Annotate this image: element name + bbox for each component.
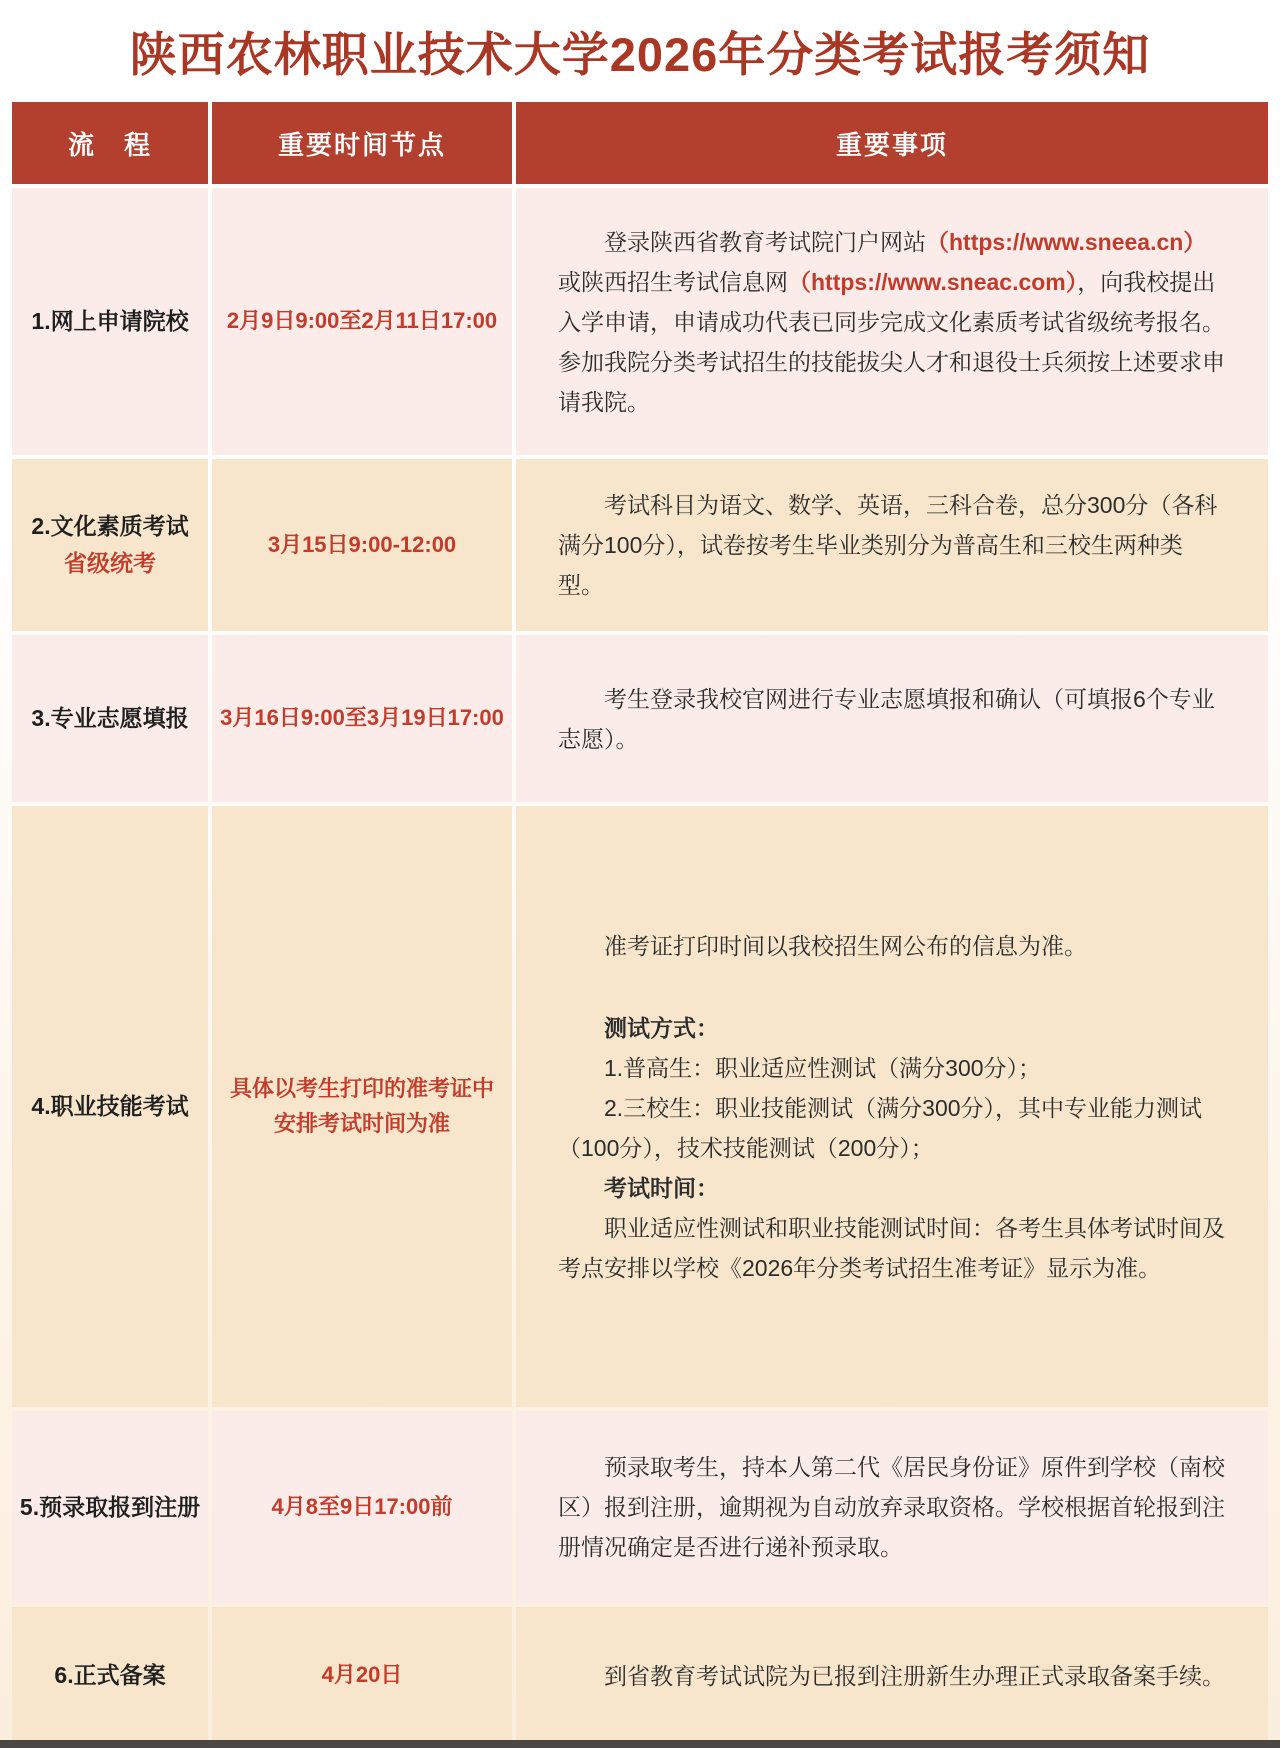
- cell-details-5: 预录取考生，持本人第二代《居民身份证》原件到学校（南校区）报到注册，逾期视为自动…: [516, 1411, 1268, 1603]
- cell-time-5: 4月8至9日17:00前: [212, 1411, 512, 1603]
- process-label: 4.职业技能考试: [31, 1088, 188, 1125]
- cell-details-2: 考试科目为语文、数学、英语，三科合卷，总分300分（各科满分100分），试卷按考…: [516, 459, 1268, 631]
- cell-process-1: 1.网上申请院校: [12, 188, 208, 455]
- table-header-row: 流 程 重要时间节点 重要事项: [12, 102, 1268, 184]
- detail-text: 登录陕西省教育考试院门户网站: [604, 229, 926, 255]
- detail-paragraph: 准考证打印时间以我校招生网公布的信息为准。: [558, 926, 1226, 966]
- cell-time-1: 2月9日9:00至2月11日17:00: [212, 188, 512, 455]
- cell-process-6: 6.正式备案: [12, 1607, 208, 1744]
- cell-time-2: 3月15日9:00-12:00: [212, 459, 512, 631]
- cell-details-6: 到省教育考试试院为已报到注册新生办理正式录取备案手续。: [516, 1607, 1268, 1744]
- bottom-edge-bar: [0, 1740, 1280, 1748]
- url-sneac: （https://www.sneac.com）: [788, 269, 1077, 295]
- time-label: 3月16日9:00至3月19日17:00: [220, 701, 504, 735]
- detail-text: 或陕西招生考试信息网: [558, 269, 788, 295]
- page-title: 陕西农林职业技术大学2026年分类考试报考须知: [0, 0, 1280, 102]
- detail-item-2: 2.三校生：职业技能测试（满分300分），其中专业能力测试（100分），技术技能…: [558, 1088, 1226, 1168]
- cell-details-3: 考生登录我校官网进行专业志愿填报和确认（可填报6个专业志愿）。: [516, 635, 1268, 802]
- time-note-line1: 具体以考生打印的准考证中: [230, 1072, 494, 1106]
- table-row-4: 4.职业技能考试 具体以考生打印的准考证中 安排考试时间为准 准考证打印时间以我…: [12, 806, 1268, 1407]
- cell-details-4: 准考证打印时间以我校招生网公布的信息为准。 测试方式： 1.普高生：职业适应性测…: [516, 806, 1268, 1407]
- cell-process-3: 3.专业志愿填报: [12, 635, 208, 802]
- cell-process-2: 2.文化素质考试 省级统考: [12, 459, 208, 631]
- detail-label-test-method: 测试方式：: [558, 1008, 1226, 1048]
- cell-time-6: 4月20日: [212, 1607, 512, 1744]
- process-label: 2.文化素质考试: [31, 508, 188, 545]
- process-sub-label: 省级统考: [64, 545, 156, 582]
- table-row-3: 3.专业志愿填报 3月16日9:00至3月19日17:00 考生登录我校官网进行…: [12, 635, 1268, 802]
- time-label: 2月9日9:00至2月11日17:00: [227, 304, 497, 338]
- detail-paragraph: 职业适应性测试和职业技能测试时间：各考生具体考试时间及考点安排以学校《2026年…: [558, 1208, 1226, 1288]
- detail-label-exam-time: 考试时间：: [558, 1168, 1226, 1208]
- process-label: 5.预录取报到注册: [20, 1489, 200, 1526]
- table-row-6: 6.正式备案 4月20日 到省教育考试试院为已报到注册新生办理正式录取备案手续。: [12, 1607, 1268, 1744]
- detail-paragraph: 预录取考生，持本人第二代《居民身份证》原件到学校（南校区）报到注册，逾期视为自动…: [558, 1447, 1226, 1567]
- notice-table: 流 程 重要时间节点 重要事项 1.网上申请院校 2月9日9:00至2月11日1…: [12, 102, 1268, 1744]
- detail-paragraph: 登录陕西省教育考试院门户网站（https://www.sneea.cn）或陕西招…: [558, 222, 1226, 422]
- cell-time-3: 3月16日9:00至3月19日17:00: [212, 635, 512, 802]
- process-label: 6.正式备案: [54, 1657, 165, 1694]
- table-row-1: 1.网上申请院校 2月9日9:00至2月11日17:00 登录陕西省教育考试院门…: [12, 188, 1268, 455]
- time-label: 3月15日9:00-12:00: [268, 528, 456, 562]
- process-label: 1.网上申请院校: [31, 303, 188, 340]
- cell-process-4: 4.职业技能考试: [12, 806, 208, 1407]
- detail-paragraph: 到省教育考试试院为已报到注册新生办理正式录取备案手续。: [558, 1656, 1226, 1696]
- detail-paragraph: 考生登录我校官网进行专业志愿填报和确认（可填报6个专业志愿）。: [558, 679, 1226, 759]
- time-label: 4月20日: [322, 1658, 403, 1692]
- header-cell-details: 重要事项: [516, 102, 1268, 184]
- time-label: 4月8至9日17:00前: [272, 1490, 453, 1524]
- detail-item-1: 1.普高生：职业适应性测试（满分300分）；: [558, 1048, 1226, 1088]
- process-label: 3.专业志愿填报: [31, 700, 188, 737]
- url-sneea: （https://www.sneea.cn）: [926, 229, 1206, 255]
- cell-process-5: 5.预录取报到注册: [12, 1411, 208, 1603]
- header-cell-process: 流 程: [12, 102, 208, 184]
- table-row-2: 2.文化素质考试 省级统考 3月15日9:00-12:00 考试科目为语文、数学…: [12, 459, 1268, 631]
- cell-details-1: 登录陕西省教育考试院门户网站（https://www.sneea.cn）或陕西招…: [516, 188, 1268, 455]
- cell-time-4: 具体以考生打印的准考证中 安排考试时间为准: [212, 806, 512, 1407]
- table-row-5: 5.预录取报到注册 4月8至9日17:00前 预录取考生，持本人第二代《居民身份…: [12, 1411, 1268, 1603]
- header-cell-time: 重要时间节点: [212, 102, 512, 184]
- detail-paragraph: 考试科目为语文、数学、英语，三科合卷，总分300分（各科满分100分），试卷按考…: [558, 485, 1226, 605]
- time-note-line2: 安排考试时间为准: [274, 1107, 450, 1141]
